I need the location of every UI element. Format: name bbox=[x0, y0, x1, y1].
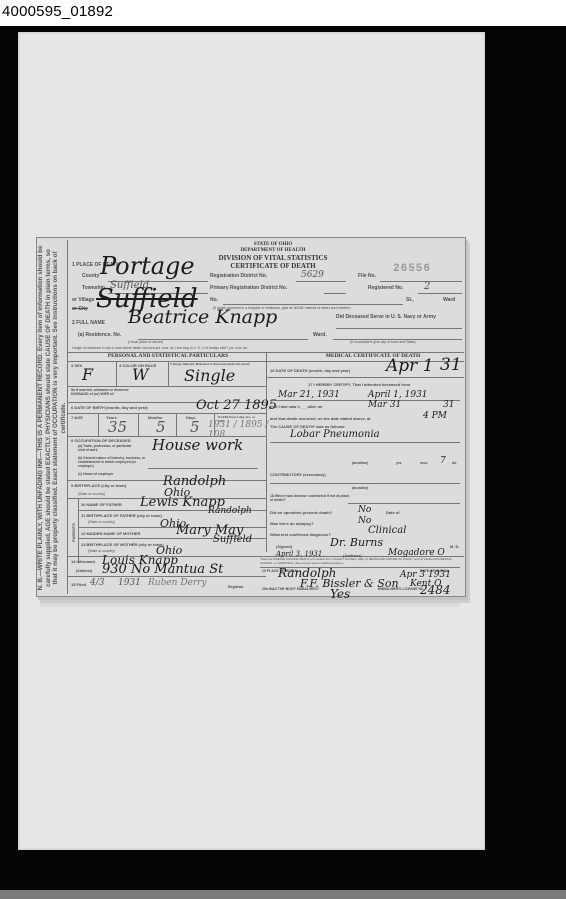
date-of-death-year-value: 31 bbox=[440, 355, 462, 375]
operation-value: No bbox=[358, 505, 371, 515]
date-of-death-month-value: Apr 1 bbox=[386, 356, 434, 376]
full-name-value: Beatrice Knapp bbox=[128, 306, 277, 328]
time-of-death-value: 4 PM bbox=[423, 411, 447, 421]
ward-label: Ward bbox=[443, 297, 455, 303]
informant-address-label: (Address) bbox=[76, 569, 92, 573]
footnote: *State the DISEASE CAUSING DEATH, or in … bbox=[260, 557, 455, 565]
age-years-value: 35 bbox=[108, 418, 127, 436]
st-label: St., bbox=[406, 297, 414, 303]
department-header: DEPARTMENT OF HEALTH bbox=[218, 248, 328, 253]
mother-birthplace-label: 13 BIRTHPLACE OF MOTHER (city or town) bbox=[81, 542, 164, 547]
date-of-death-label: 16 DATE OF DEATH (month, day and year) bbox=[270, 368, 350, 373]
usual-place-label: (Usual place of abode) bbox=[128, 340, 163, 344]
embalmer-license-label: EMBALMER'S LICENSE No. bbox=[378, 587, 424, 591]
scan-bottom-strip bbox=[0, 890, 566, 899]
father-state-label: (State or country) bbox=[88, 520, 115, 524]
date-of-label: Date of bbox=[386, 510, 400, 515]
occupation-value: House work bbox=[152, 436, 243, 454]
certificate-title: CERTIFICATE OF DEATH bbox=[208, 262, 338, 270]
personal-section-header: PERSONAL AND STATISTICAL PARTICULARS bbox=[88, 353, 248, 359]
city-label: or City bbox=[72, 306, 88, 312]
signed-label: (Signed) bbox=[276, 544, 292, 549]
primary-registration-label: Primary Registration District No. bbox=[210, 285, 287, 291]
age-months-value: 5 bbox=[156, 418, 166, 436]
filed-label: 15 Filed bbox=[71, 582, 86, 587]
embalmed-value: Yes bbox=[330, 587, 350, 601]
date-of-birth-label: 6 DATE OF BIRTH (month, day and year) bbox=[71, 405, 148, 410]
where-contracted-label: 18 Where was disease contracted if not a… bbox=[270, 494, 350, 502]
certificate-form: STATE OF OHIO DEPARTMENT OF HEALTH DIVIS… bbox=[67, 240, 464, 594]
sex-value: F bbox=[82, 365, 93, 384]
sex-label: 3 SEX bbox=[71, 363, 82, 368]
state-header: STATE OF OHIO bbox=[218, 242, 328, 247]
duration-days-value: 7 bbox=[440, 456, 446, 466]
side-instructions: N. B.—WRITE PLAINLY, WITH UNFADING INK—T… bbox=[35, 238, 65, 596]
father-birthplace-city-value: Randolph bbox=[208, 506, 252, 516]
last-saw-label: that I last saw h___ alive on bbox=[270, 404, 322, 409]
registrar-value: Ruben Derry bbox=[148, 578, 207, 588]
date-of-birth-value: Oct 27 1895 bbox=[196, 398, 277, 413]
filed-year-value: 1931 bbox=[118, 578, 141, 588]
yrs-label: yrs. bbox=[396, 461, 402, 465]
operation-label: Did an operation precede death? bbox=[270, 510, 332, 515]
death-certificate: N. B.—WRITE PLAINLY, WITH UNFADING INK—T… bbox=[36, 237, 466, 597]
registered-no-label: Registered No. bbox=[368, 285, 403, 291]
duration-label: (duration) bbox=[352, 461, 368, 465]
ward2-label: Ward. bbox=[313, 332, 327, 338]
parents-label: PARENTS bbox=[71, 523, 76, 542]
marital-value: Single bbox=[184, 366, 235, 385]
employer-label: (c) Name of employer bbox=[78, 472, 114, 476]
confirmed-label: What test confirmed diagnosis? bbox=[270, 532, 331, 537]
age-label: 7 AGE bbox=[71, 415, 83, 420]
industry-label: (b) General nature of Industry, business… bbox=[78, 456, 148, 468]
last-saw-year-value: 31 bbox=[443, 400, 454, 410]
mos-label: mos. bbox=[420, 461, 428, 465]
embalmed-label: 20a WAS THE BODY EMBALMED? bbox=[262, 587, 319, 591]
father-name-label: 10 NAME OF FATHER bbox=[81, 502, 122, 507]
navy-army-label: Did Deceased Serve in U. S. Navy or Army bbox=[336, 314, 436, 320]
county-label: County bbox=[82, 273, 99, 279]
registered-no-value: 2 bbox=[424, 281, 430, 292]
md-label: M. D. bbox=[450, 544, 460, 549]
age-days-value: 5 bbox=[190, 418, 200, 436]
county-value: Portage bbox=[100, 252, 195, 280]
file-no-label: File No. bbox=[358, 273, 376, 279]
nonresident-note: (If nonresident give city or town and St… bbox=[350, 340, 416, 344]
father-birthplace-label: 11 BIRTHPLACE OF FATHER (city or town) bbox=[81, 513, 162, 518]
autopsy-label: Was there an autopsy? bbox=[270, 521, 314, 526]
burial-section: *State the DISEASE CAUSING DEATH, or in … bbox=[260, 557, 460, 595]
registration-district-label: Registration District No. bbox=[210, 273, 267, 279]
full-name-label: 2 FULL NAME bbox=[72, 320, 105, 326]
no-label: No. bbox=[210, 297, 218, 303]
filed-date-value: 4/3 bbox=[90, 578, 104, 588]
cause-value: Lobar Pneumonia bbox=[290, 429, 380, 440]
registrar-label: Registrar bbox=[228, 585, 243, 589]
ds-label: ds. bbox=[452, 461, 457, 465]
informant-label: 14 Informant bbox=[71, 559, 95, 564]
death-occurred-label: and that death occurred, on the date sta… bbox=[270, 416, 370, 421]
attended-to-value: April 1, 1931 bbox=[368, 390, 428, 400]
race-value: W bbox=[132, 365, 148, 384]
duration2-label: (duration) bbox=[352, 486, 368, 490]
occupation-label: 8 OCCUPATION OF DECEASED bbox=[71, 438, 131, 443]
state-country-label: (State or country) bbox=[78, 492, 105, 496]
image-id: 4000595_01892 bbox=[2, 3, 113, 20]
signed-value: Dr. Burns bbox=[330, 536, 383, 549]
attended-from-value: Mar 21, 1931 bbox=[278, 390, 340, 400]
residence-label: (a) Residence. No. bbox=[78, 332, 121, 338]
certify-label: 17 I HEREBY CERTIFY, That I attended dec… bbox=[308, 382, 410, 387]
last-saw-value: Mar 31 bbox=[368, 400, 401, 410]
file-number-stamp: 26556 bbox=[393, 263, 431, 275]
contributory-label: CONTRIBUTORY (secondary) bbox=[270, 472, 326, 477]
informant-address-value: 930 No Mantua St bbox=[102, 562, 223, 577]
length-residence-label: Length of residence in city or town wher… bbox=[72, 346, 248, 350]
trade-label: (a) Trade, profession, or particular kin… bbox=[78, 444, 138, 452]
confirmed-value: Clinical bbox=[368, 525, 406, 536]
spouse-label: 5a If married, widowed or divorced HUSBA… bbox=[71, 388, 141, 396]
mother-birthplace-city-value: Suffield bbox=[213, 534, 252, 545]
embalmer-license-value: 2484 bbox=[420, 583, 451, 597]
registration-district-value: 5629 bbox=[301, 270, 324, 280]
division-header: DIVISION OF VITAL STATISTICS bbox=[198, 254, 348, 262]
village-label: or Village bbox=[72, 297, 94, 303]
birthplace-label: 9 BIRTHPLACE (city or town) bbox=[71, 483, 126, 488]
mother-maiden-label: 12 MAIDEN NAME OF MOTHER bbox=[81, 531, 140, 536]
